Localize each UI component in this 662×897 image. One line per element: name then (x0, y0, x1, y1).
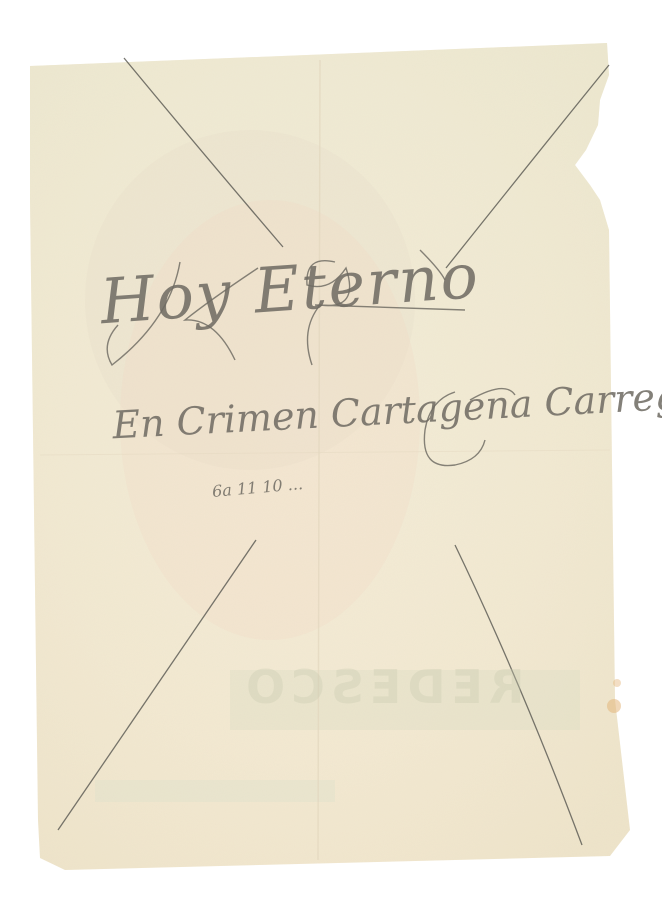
scanned-document: REDESCO Hoy Eterno En Crimen Cartagena C… (0, 0, 662, 897)
bleed-through-text: REDESCO (240, 660, 524, 714)
paper-sheet (0, 0, 662, 897)
